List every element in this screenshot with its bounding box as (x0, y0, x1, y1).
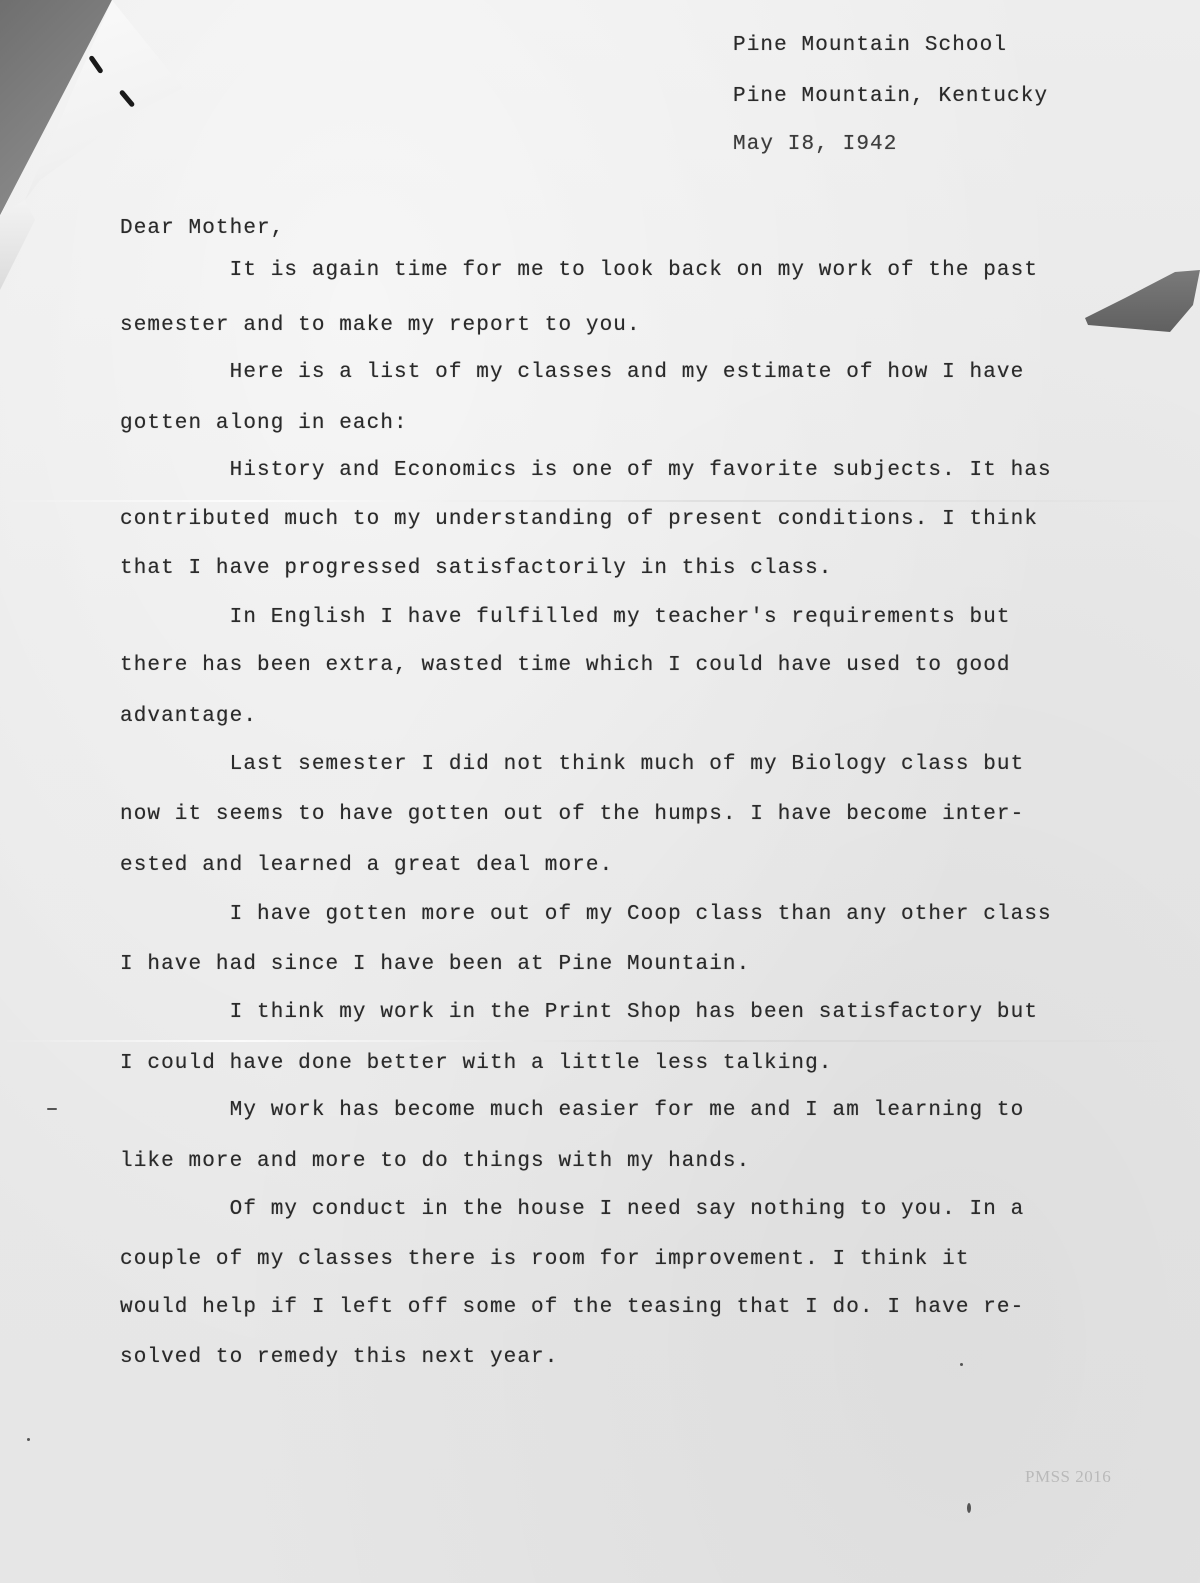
paper-speck (960, 1363, 963, 1366)
letter-date: May I8, I942 (733, 133, 897, 156)
paper-speck (27, 1438, 30, 1441)
body-line: History and Economics is one of my favor… (120, 459, 1052, 482)
body-line: now it seems to have gotten out of the h… (120, 803, 1024, 826)
body-line: I could have done better with a little l… (120, 1052, 833, 1075)
body-line: Here is a list of my classes and my esti… (120, 361, 1024, 384)
paper-speck (47, 1108, 57, 1110)
body-line: ested and learned a great deal more. (120, 854, 613, 877)
body-line: solved to remedy this next year. (120, 1346, 558, 1369)
body-line: that I have progressed satisfactorily in… (120, 557, 833, 580)
body-line: I have gotten more out of my Coop class … (120, 903, 1052, 926)
letterhead-school: Pine Mountain School (733, 34, 1007, 57)
body-line: My work has become much easier for me an… (120, 1099, 1024, 1122)
body-line: like more and more to do things with my … (120, 1150, 750, 1173)
body-line: semester and to make my report to you. (120, 314, 641, 337)
letterhead-location: Pine Mountain, Kentucky (733, 85, 1048, 108)
body-line: Of my conduct in the house I need say no… (120, 1198, 1024, 1221)
body-line: couple of my classes there is room for i… (120, 1248, 970, 1271)
archive-watermark: PMSS 2016 (1025, 1467, 1111, 1487)
paper-fold-line (0, 500, 1200, 502)
body-line: would help if I left off some of the tea… (120, 1296, 1024, 1319)
body-line: gotten along in each: (120, 412, 408, 435)
body-line: contributed much to my understanding of … (120, 508, 1038, 531)
paper-fold-line (0, 1040, 1200, 1042)
salutation: Dear Mother, (120, 217, 284, 240)
body-line: Last semester I did not think much of my… (120, 753, 1024, 776)
body-line: In English I have fulfilled my teacher's… (120, 606, 1011, 629)
body-line: I think my work in the Print Shop has be… (120, 1001, 1038, 1024)
paper-speck (967, 1503, 971, 1513)
body-line: there has been extra, wasted time which … (120, 654, 1011, 677)
letter-page: Pine Mountain School Pine Mountain, Kent… (0, 0, 1200, 1583)
body-line: advantage. (120, 705, 257, 728)
paper-scrap (1085, 270, 1200, 332)
body-line: I have had since I have been at Pine Mou… (120, 953, 750, 976)
body-line: It is again time for me to look back on … (120, 259, 1038, 282)
